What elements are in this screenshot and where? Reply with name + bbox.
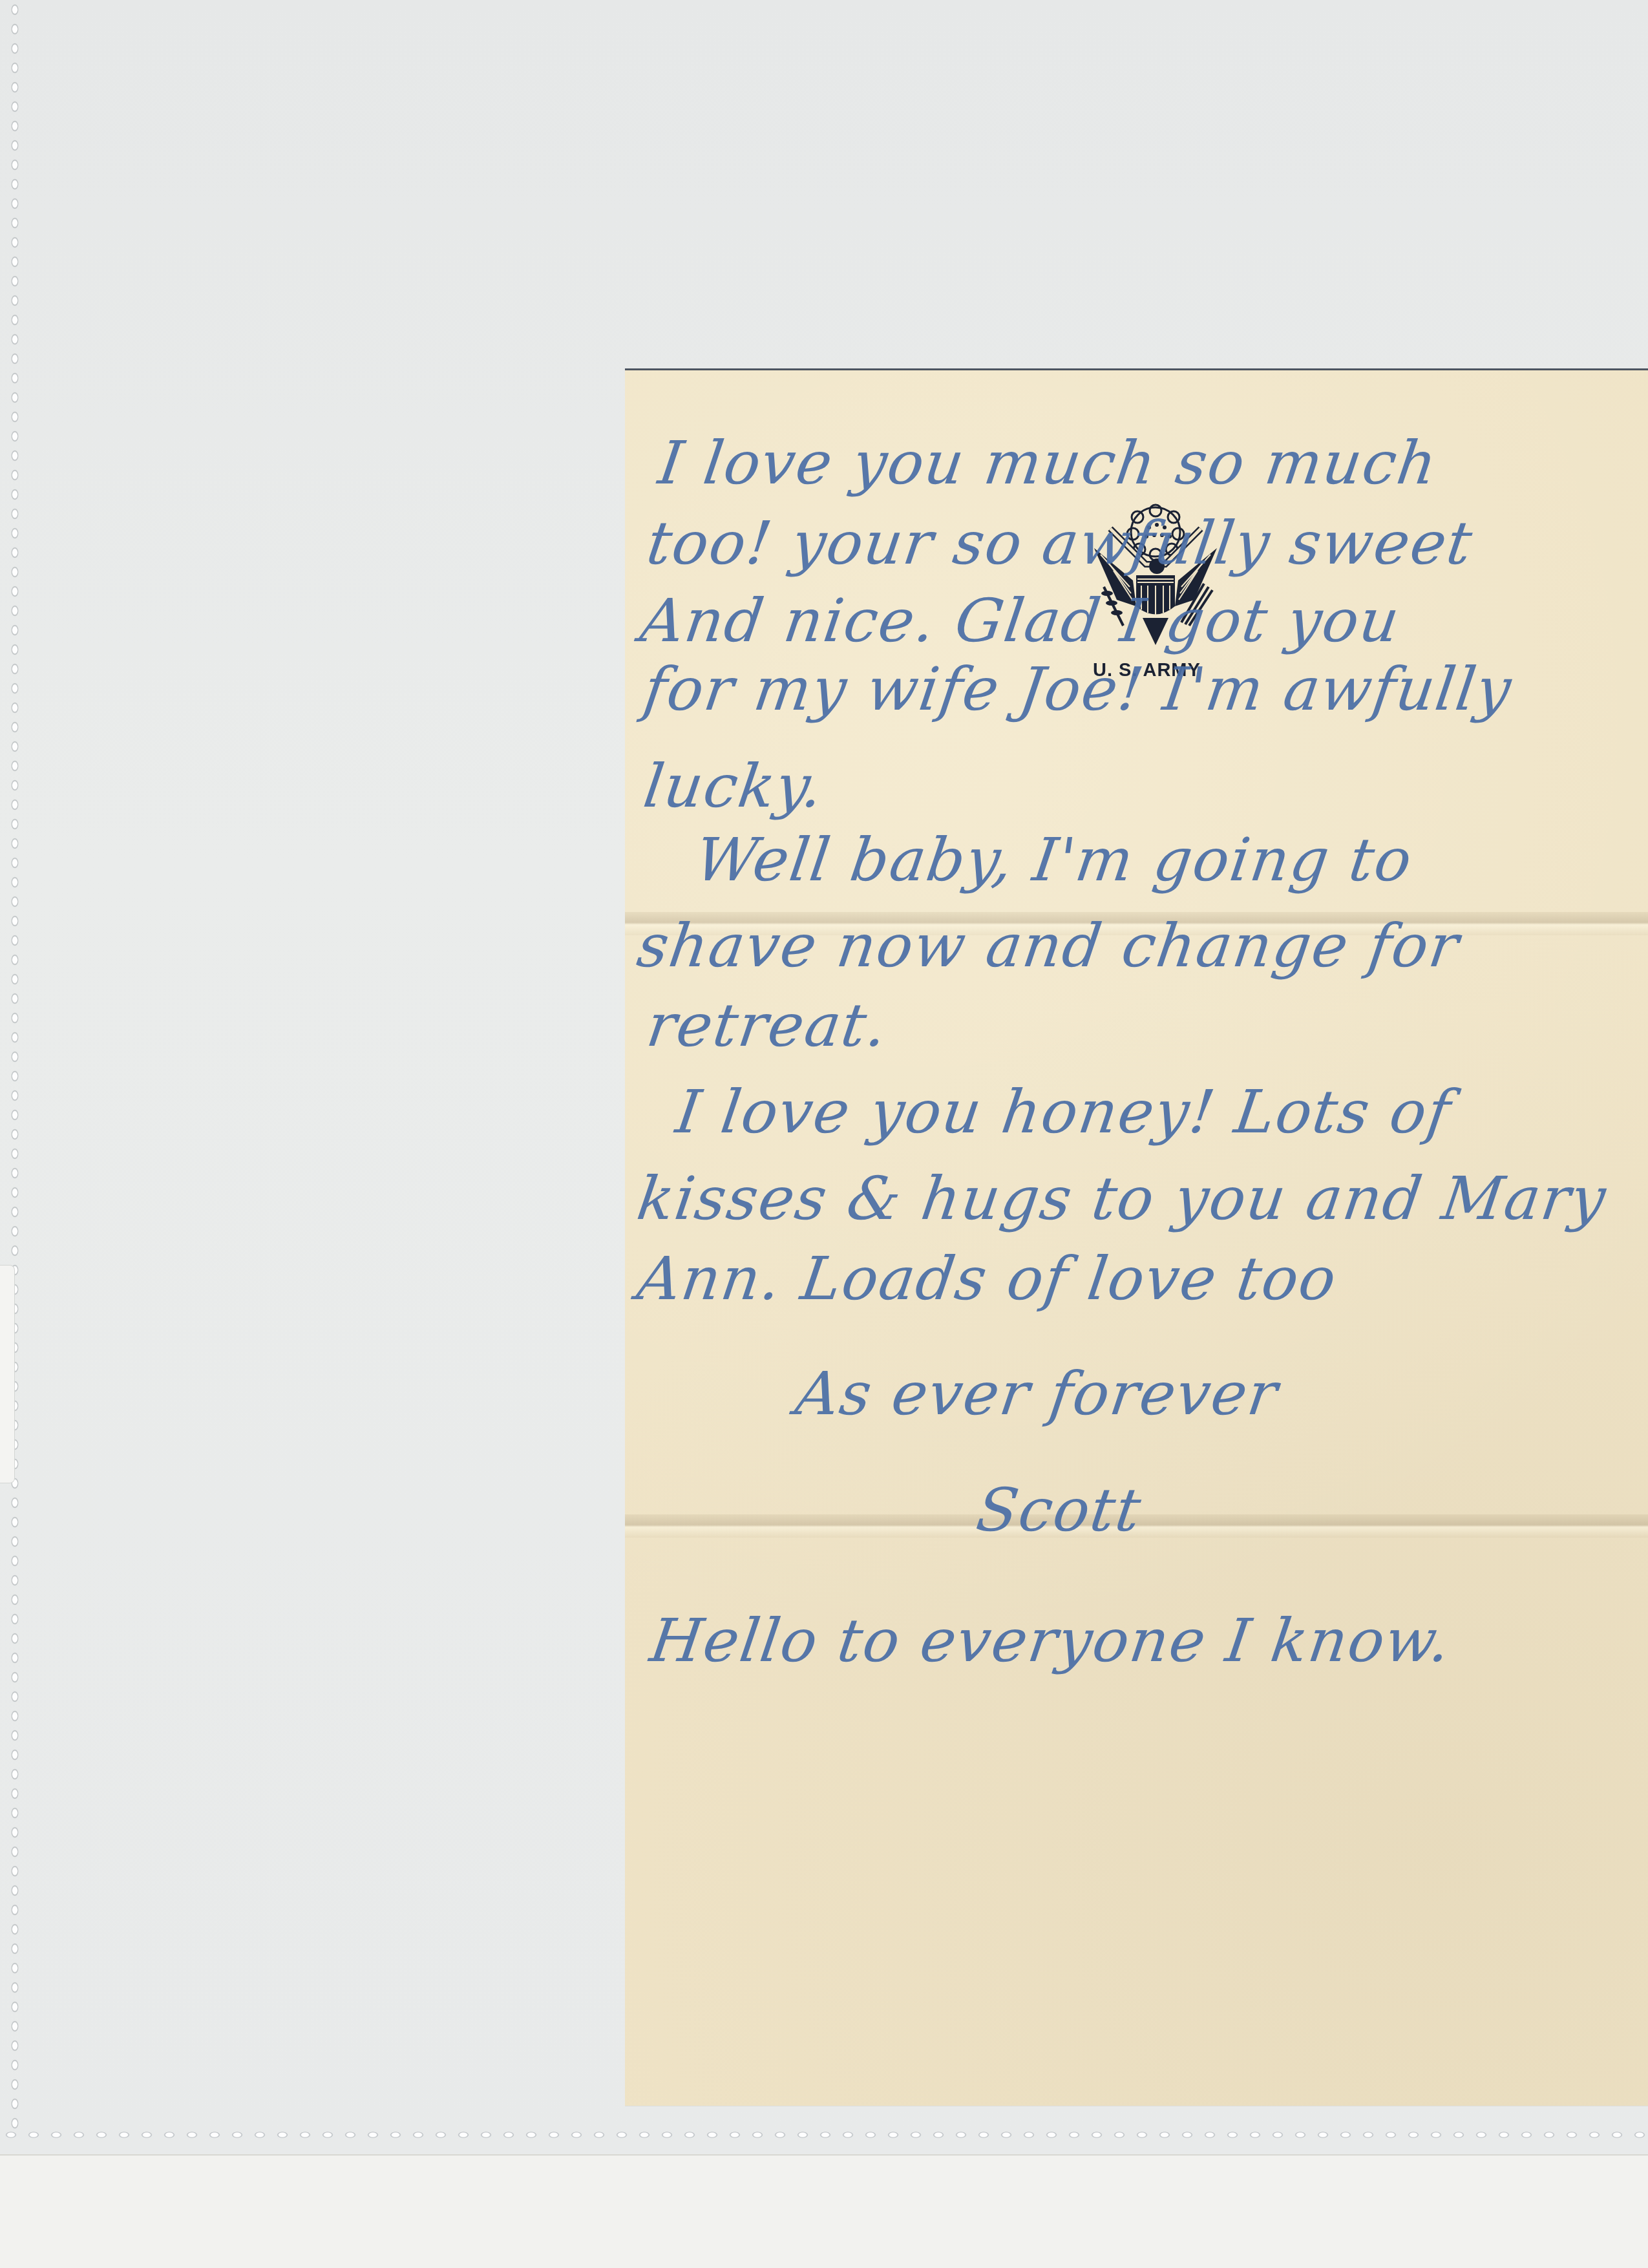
letter-line: Ann. Loads of love too	[634, 1249, 1341, 1309]
letter-line: retreat.	[644, 996, 892, 1055]
sheet-protector-tab	[0, 1265, 15, 1483]
letter-line: And nice. Glad I got you	[637, 591, 1404, 651]
scanner-bed	[0, 2156, 1648, 2268]
letter-line: I love you honey! Lots of	[673, 1083, 1455, 1142]
sheet-protector-seam-bottom	[0, 2126, 1648, 2143]
letter-line: for my wife Joe! I'm awfully	[640, 660, 1516, 719]
postscript: Hello to everyone I know.	[647, 1611, 1455, 1671]
letter-line: lucky.	[640, 757, 828, 816]
closing: As ever forever	[792, 1364, 1282, 1424]
letter-line: Well baby, I'm going to	[692, 831, 1417, 890]
letter-line: kisses & hugs to you and Mary	[634, 1169, 1611, 1229]
letter-line: too! your so awfully sweet	[644, 514, 1477, 573]
sheet-protector-perforations-left	[8, 0, 22, 2133]
letter-line: shave now and change for	[634, 917, 1464, 976]
letter-paper: U. S. ARMY I love you much so much too! …	[625, 368, 1648, 2106]
letter-line: I love you much so much	[655, 434, 1441, 493]
signature: Scott	[973, 1481, 1146, 1540]
